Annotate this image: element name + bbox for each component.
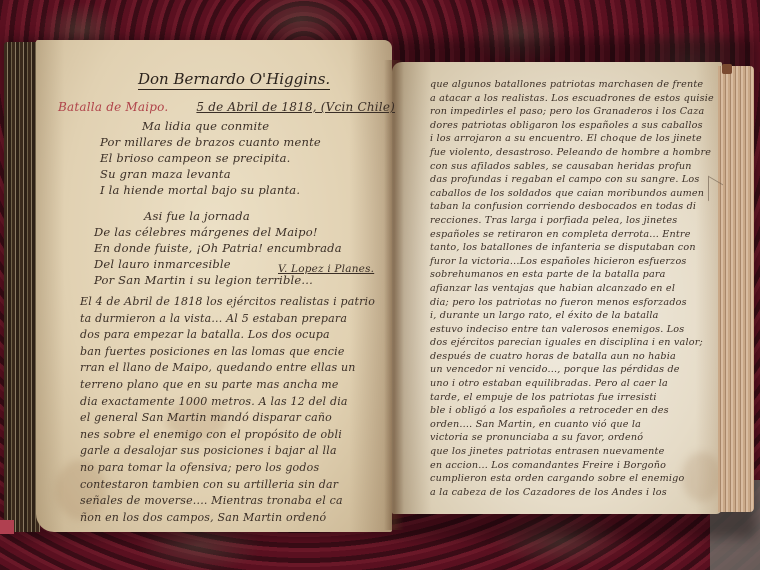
poem-line: De las célebres márgenes del Maipo! <box>94 224 342 240</box>
prose-line: El 4 de Abril de 1818 los ejércitos real… <box>80 294 375 311</box>
prose-line: a la cabeza de los Cazadores de los Ande… <box>430 486 714 500</box>
poem-signature: V. Lopez i Planes. <box>278 263 374 275</box>
prose-line: tanto, los batallones de infanteria se d… <box>430 241 714 255</box>
prose-line: recciones. Tras larga i porfiada pelea, … <box>430 214 714 228</box>
prose-line: victoria se pronunciaba a su favor, orde… <box>430 431 714 445</box>
poem-line: Por millares de brazos cuanto mente <box>100 134 348 150</box>
prose-line: ñon en los dos campos, San Martin ordenó <box>80 510 375 527</box>
heading: Batalla de Maipo. 5 de Abril de 1818, (V… <box>58 100 395 114</box>
prose-line: que algunos batallones patriotas marchas… <box>430 78 714 92</box>
prose-line: fue violento, desastroso. Peleando de ho… <box>430 146 714 160</box>
prose-line: estuvo indeciso entre tan valerosos enem… <box>430 323 714 337</box>
prose-line: dos ejércitos parecian iguales en discip… <box>430 336 714 350</box>
prose-line: uno i otro estaban equilibradas. Pero al… <box>430 377 714 391</box>
prose-line: después de cuatro horas de batalla aun n… <box>430 350 714 364</box>
book-corner-tab <box>722 64 732 74</box>
prose-line: dia exactamente 1000 metros. A las 12 de… <box>80 394 375 411</box>
prose-line: orden.... San Martin, en cuanto vió que … <box>430 418 714 432</box>
poem-line: El brioso campeon se precipita. <box>100 150 348 166</box>
prose-line: furor la victoria...Los españoles hicier… <box>430 255 714 269</box>
poem-line: Su gran maza levanta <box>100 166 348 182</box>
prose-line: en accion... Los comandantes Freire i Bo… <box>430 459 714 473</box>
prose-line: nes sobre el enemigo con el propósito de… <box>80 427 375 444</box>
poem-line: I la hiende mortal bajo su planta. <box>100 182 348 198</box>
right-prose: que algunos batallones patriotas marchas… <box>430 78 714 499</box>
prose-line: das profundas i regaban el campo con su … <box>430 173 714 187</box>
prose-line: con sus afilados sables, se causaban her… <box>430 160 714 174</box>
page-title: Don Bernardo O'Higgins. <box>138 70 330 90</box>
prose-line: el general San Martin mandó disparar cañ… <box>80 410 375 427</box>
prose-line: i los arrojaron a su encuentro. El choqu… <box>430 132 714 146</box>
prose-line: un vencedor ni vencido..., porque las pé… <box>430 363 714 377</box>
prose-line: garle a desalojar sus posiciones i bajar… <box>80 443 375 460</box>
poem-line: Asi fue la jornada <box>144 208 392 224</box>
prose-line: dores patriotas obligaron los españoles … <box>430 119 714 133</box>
prose-line: tarde, el empuje de los patriotas fue ir… <box>430 391 714 405</box>
prose-line: contestaron tambien con su artilleria si… <box>80 477 375 494</box>
prose-line: que los jinetes patriotas entrasen nueva… <box>430 445 714 459</box>
prose-line: ta durmieron a la vista... Al 5 estaban … <box>80 311 375 328</box>
prose-line: no para tomar la ofensiva; pero los godo… <box>80 460 375 477</box>
prose-line: sobrehumanos en esta parte de la batalla… <box>430 268 714 282</box>
prose-line: ban fuertes posiciones en las lomas que … <box>80 344 375 361</box>
prose-line: dos para empezar la batalla. Los dos ocu… <box>80 327 375 344</box>
poem-line: Ma lidia que conmite <box>142 118 390 134</box>
prose-line: a atacar a los realistas. Los escuadrone… <box>430 92 714 106</box>
prose-line: dia; pero los patriotas no fueron menos … <box>430 296 714 310</box>
prose-line: terreno plano que en su parte mas ancha … <box>80 377 375 394</box>
prose-line: ble i obligó a los españoles a retrocede… <box>430 404 714 418</box>
battle-date: 5 de Abril de 1818, (Vcin Chile) <box>196 100 395 114</box>
prose-line: i, durante un largo rato, el éxito de la… <box>430 309 714 323</box>
prose-line: taban la confusion corriendo desbocados … <box>430 200 714 214</box>
book-cover-corner <box>0 520 14 534</box>
prose-line: afianzar las ventajas que habian alcanza… <box>430 282 714 296</box>
prose-line: señales de moverse.... Mientras tronaba … <box>80 493 375 510</box>
prose-line: cumplieron esta orden cargando sobre el … <box>430 472 714 486</box>
prose-line: rran el llano de Maipo, quedando entre e… <box>80 360 375 377</box>
prose-line: caballos de los soldados que caian morib… <box>430 187 714 201</box>
prose-line: españoles se retiraron en completa derro… <box>430 228 714 242</box>
poem-line: En donde fuiste, ¡Oh Patria! encumbrada <box>94 240 342 256</box>
prose-line: ron impedirles el paso; pero los Granade… <box>430 105 714 119</box>
book-page-edges-left <box>4 42 40 532</box>
battle-heading: Batalla de Maipo. <box>58 100 168 114</box>
left-prose: El 4 de Abril de 1818 los ejércitos real… <box>80 294 375 526</box>
book-page-edges-right <box>718 66 754 512</box>
